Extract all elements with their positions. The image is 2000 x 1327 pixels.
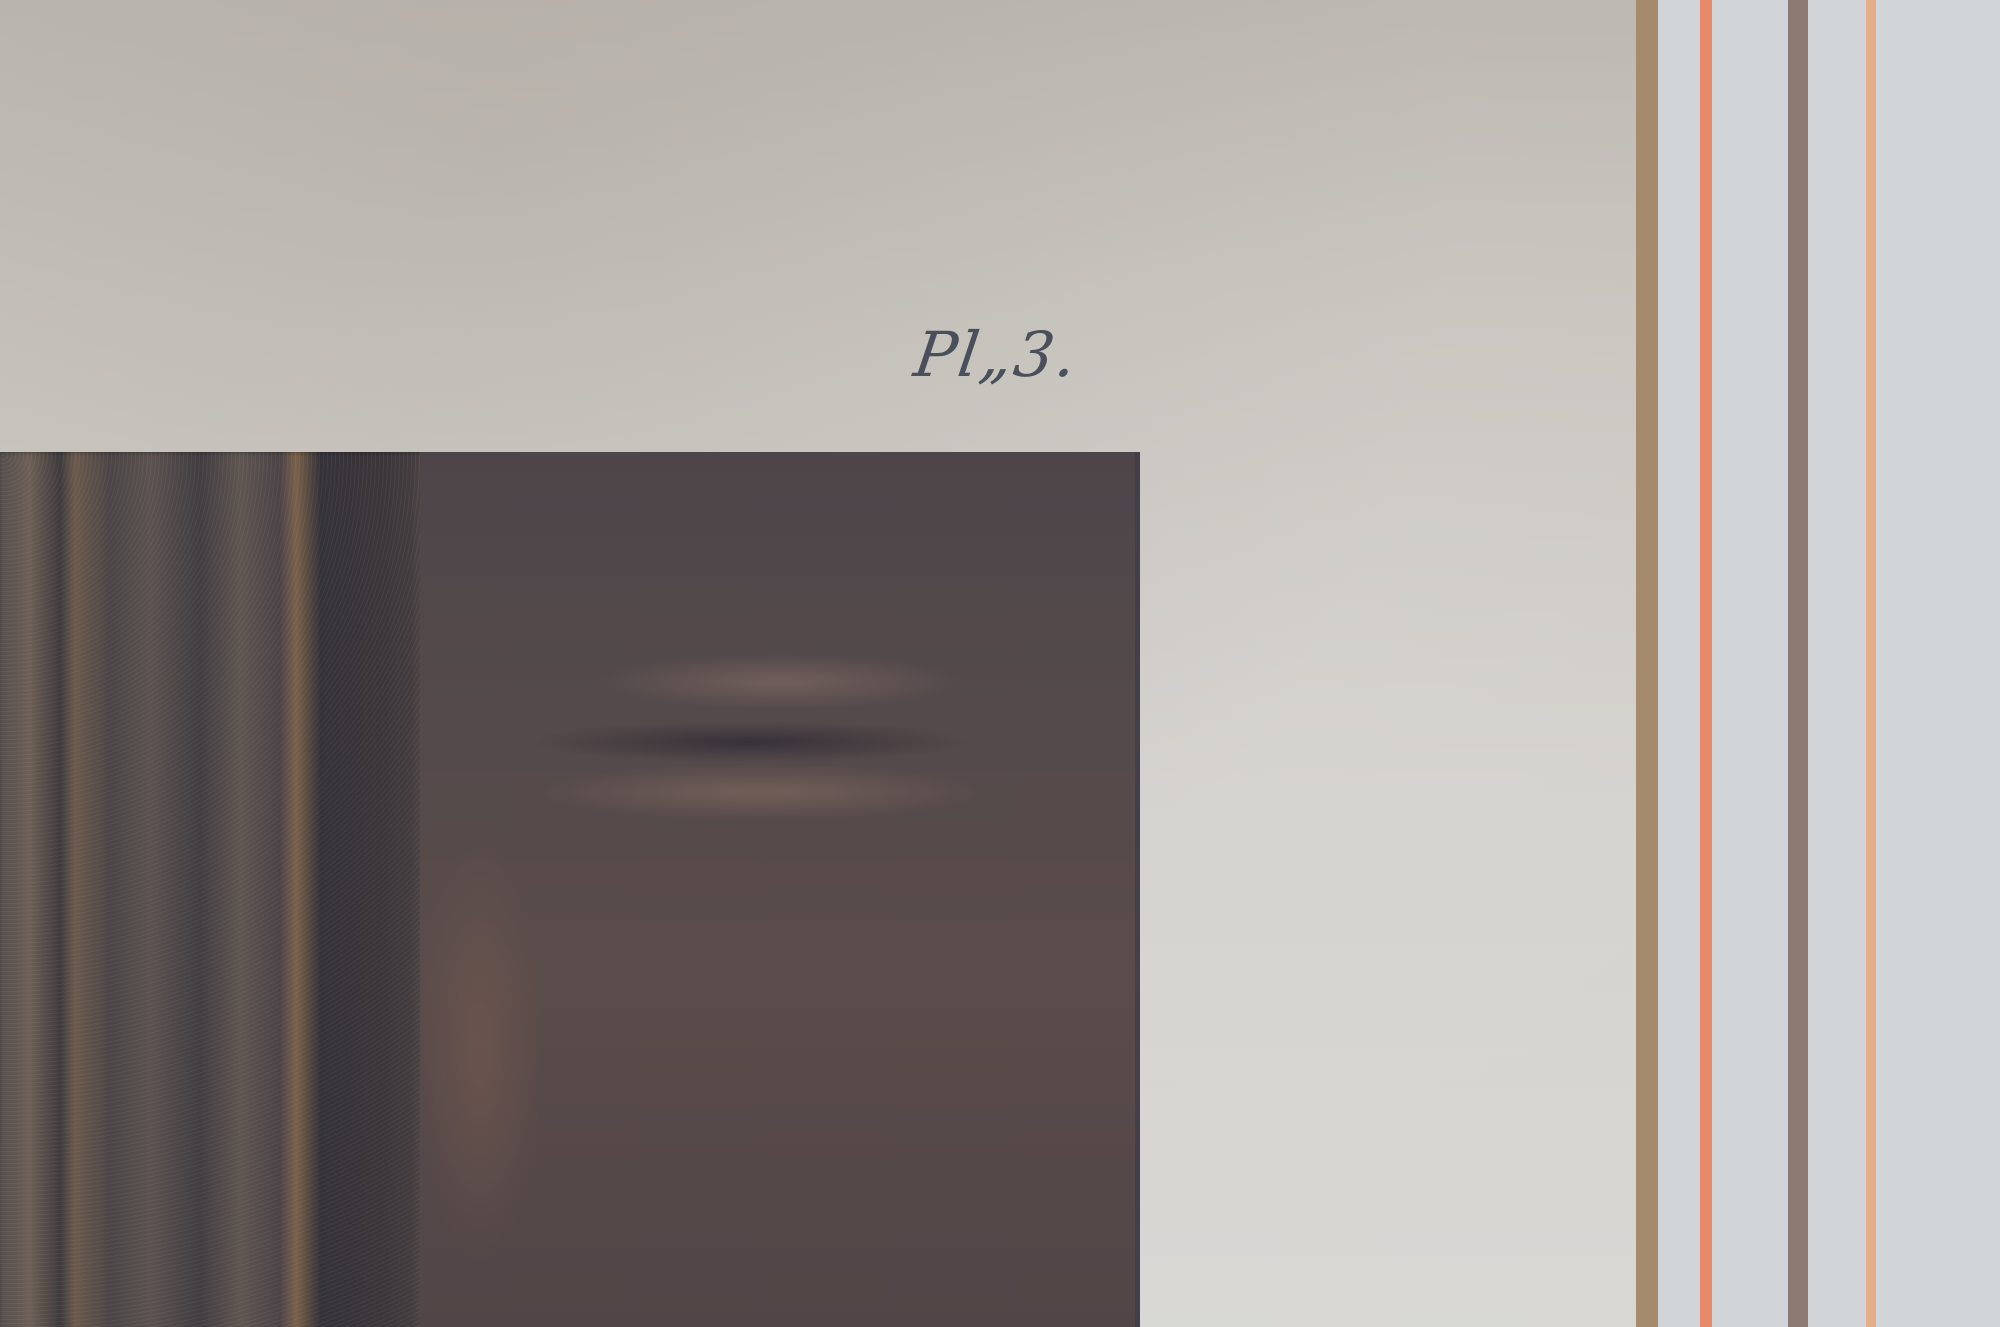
mat-gap [1658,0,1700,1327]
plate-right-edge [1135,452,1140,1327]
brown-stripe [1788,0,1808,1327]
peach-stripe [1866,0,1876,1327]
plate-stone-block [420,452,1140,1327]
orange-stripe [1700,0,1712,1327]
tan-stripe [1636,0,1658,1327]
mat-gap [1712,0,1788,1327]
mat-gap [1876,0,2000,1327]
mat-gap [1808,0,1866,1327]
plate-number-caption: Pl„3. [910,318,1083,391]
engraved-plate-image [0,452,1140,1327]
